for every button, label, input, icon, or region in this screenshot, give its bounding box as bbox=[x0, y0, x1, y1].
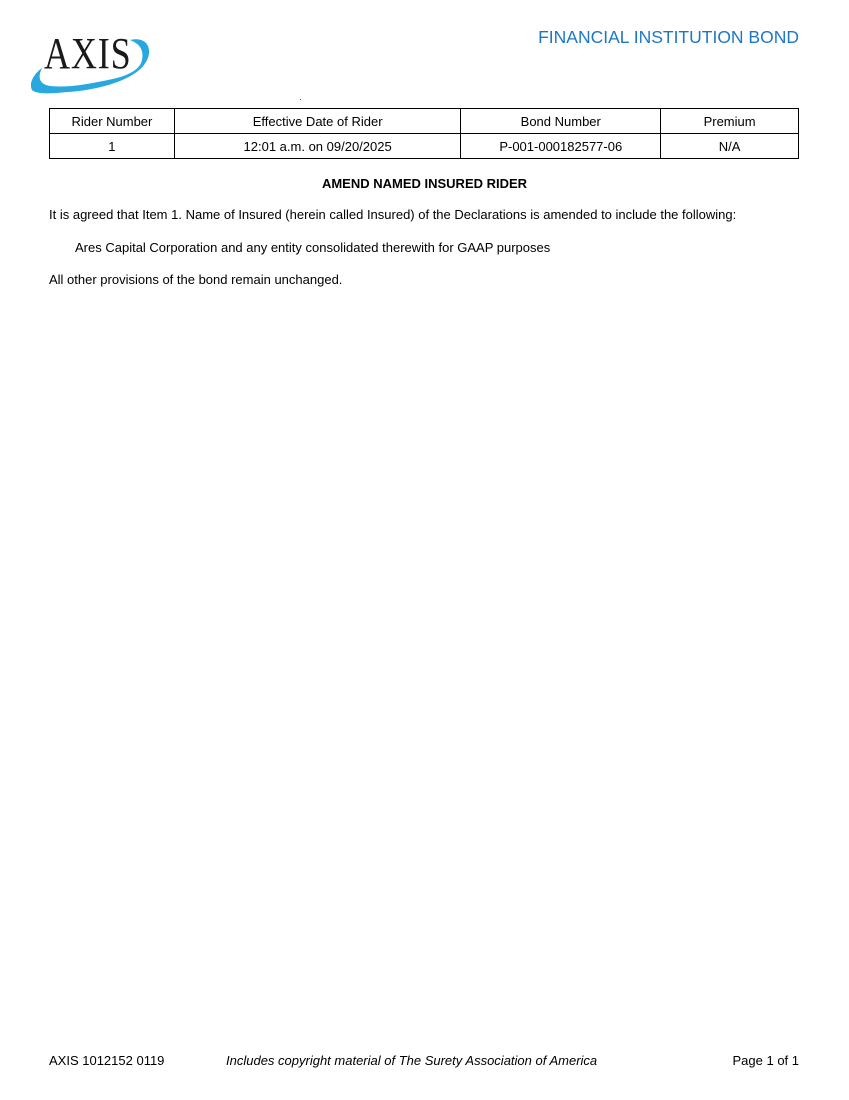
agreement-paragraph: It is agreed that Item 1. Name of Insure… bbox=[49, 207, 736, 222]
stray-mark bbox=[300, 99, 301, 100]
page-number: Page 1 of 1 bbox=[733, 1053, 800, 1068]
axis-logo: AXIS bbox=[28, 20, 150, 96]
closing-paragraph: All other provisions of the bond remain … bbox=[49, 272, 342, 287]
rider-table: Rider Number Effective Date of Rider Bon… bbox=[49, 108, 799, 159]
header-effective-date: Effective Date of Rider bbox=[174, 109, 461, 134]
logo-text: AXIS bbox=[44, 32, 131, 76]
header-premium: Premium bbox=[661, 109, 799, 134]
header-bond-number: Bond Number bbox=[461, 109, 661, 134]
table-row: 1 12:01 a.m. on 09/20/2025 P-001-0001825… bbox=[50, 134, 799, 159]
rider-heading: AMEND NAMED INSURED RIDER bbox=[0, 176, 849, 191]
header-rider-number: Rider Number bbox=[50, 109, 175, 134]
document-title: FINANCIAL INSTITUTION BOND bbox=[538, 27, 799, 48]
cell-bond-number: P-001-000182577-06 bbox=[461, 134, 661, 159]
cell-effective-date: 12:01 a.m. on 09/20/2025 bbox=[174, 134, 461, 159]
cell-premium: N/A bbox=[661, 134, 799, 159]
form-number: AXIS 1012152 0119 bbox=[49, 1053, 164, 1068]
table-header-row: Rider Number Effective Date of Rider Bon… bbox=[50, 109, 799, 134]
cell-rider-number: 1 bbox=[50, 134, 175, 159]
copyright-notice: Includes copyright material of The Suret… bbox=[226, 1053, 597, 1068]
named-insured-entry: Ares Capital Corporation and any entity … bbox=[75, 240, 550, 255]
